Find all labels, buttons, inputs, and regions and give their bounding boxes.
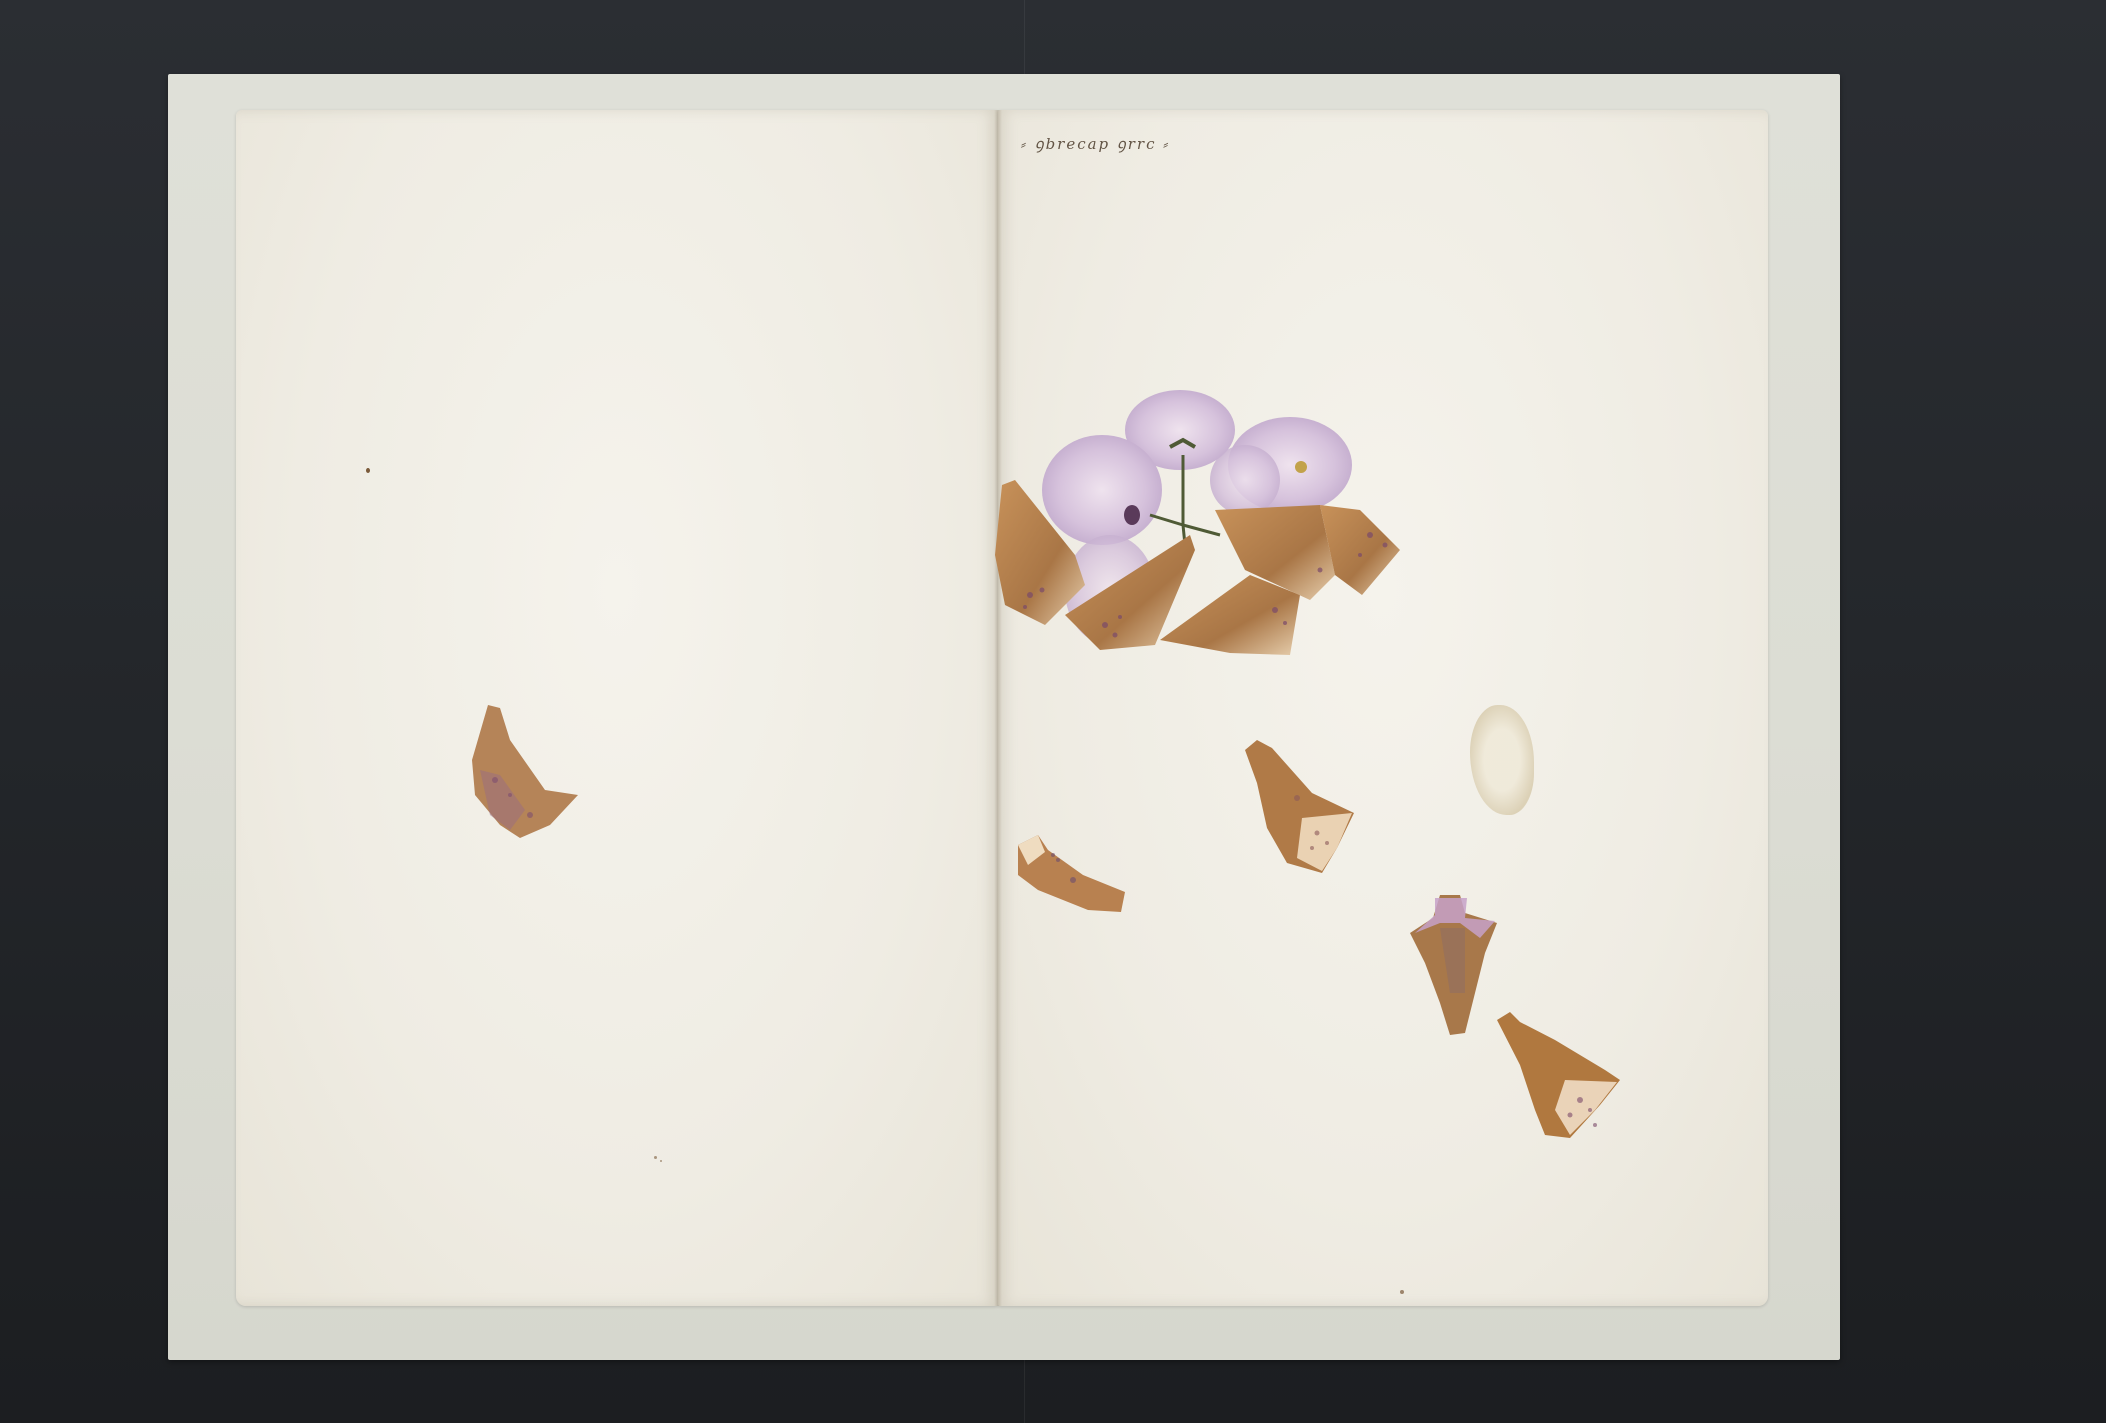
loose-calyx — [1495, 1010, 1625, 1140]
pressed-flower-cluster — [990, 385, 1410, 660]
paper-speck — [660, 1160, 662, 1162]
loose-calyx — [1242, 738, 1357, 873]
handwritten-inscription: ⸗ ꝯbrecap ꝯrrc ⸗ — [1021, 134, 1170, 154]
loose-calyx — [1013, 830, 1128, 920]
right-page — [998, 110, 1768, 1306]
paper-speck — [366, 468, 370, 473]
loose-calyx — [1405, 893, 1500, 1038]
paper-speck — [1400, 1290, 1404, 1294]
left-page — [236, 110, 998, 1306]
paper-speck — [654, 1156, 657, 1159]
book-gutter — [994, 110, 1002, 1306]
loose-calyx — [470, 700, 580, 840]
